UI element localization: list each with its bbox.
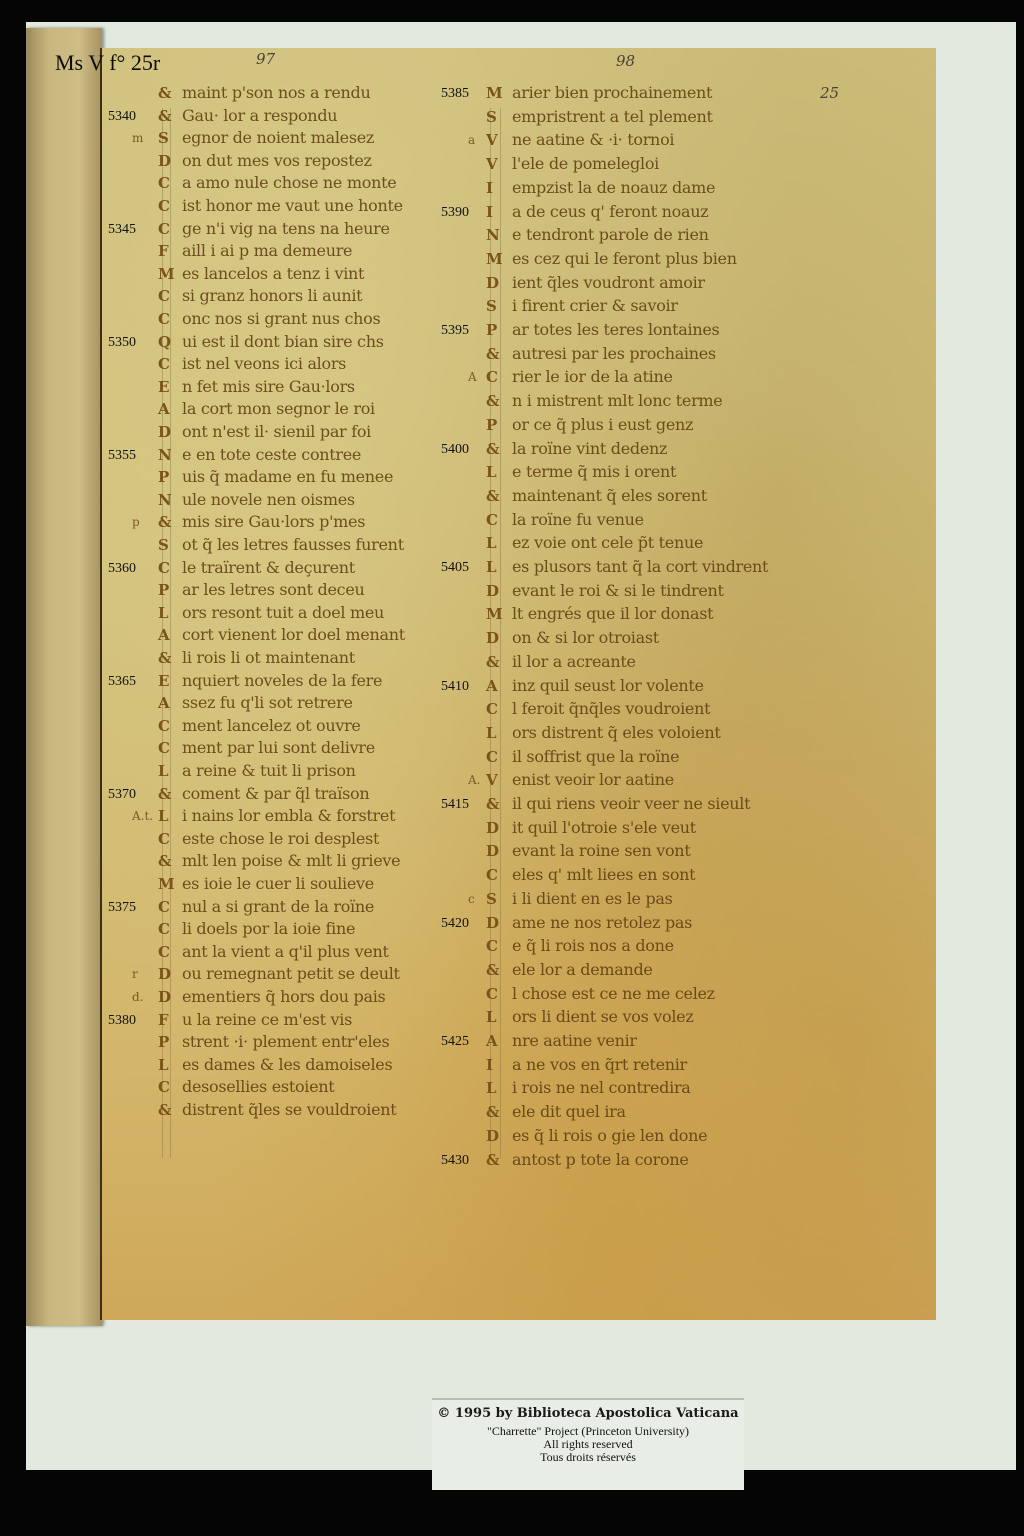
verse-text: ont n'est il· sienil par foi (182, 422, 371, 441)
verse-initial: S (486, 108, 497, 126)
verse-text: ist honor me vaut une honte (182, 196, 403, 215)
verse-initial: S (158, 129, 169, 147)
verse-initial: C (486, 700, 498, 718)
verse-initial: M (158, 265, 175, 283)
margin-note: p (132, 515, 140, 529)
verse-text: l feroit q̃nq̃les voudroient (512, 699, 710, 718)
verse-text: ui est il dont bian sire chs (182, 332, 384, 351)
verse-initial: & (486, 440, 500, 458)
verse-text: ors distrent q̃ eles voloient (512, 723, 721, 742)
verse-text: l'ele de pomelegloi (512, 154, 659, 173)
verse-initial: V (486, 155, 498, 173)
verse-text: strent ·i· plement entr'eles (182, 1032, 389, 1051)
verse-text: es plusors tant q̃ la cort vindrent (512, 557, 768, 576)
verse-text: empristrent a tel plement (512, 107, 713, 126)
verse-initial: S (486, 297, 497, 315)
verse-initial: C (158, 287, 170, 305)
verse-text: ne aatine & ·i· tornoi (512, 130, 674, 149)
verse-initial: P (158, 1033, 169, 1051)
folio-number-left: 97 (256, 50, 275, 68)
verse-text: mlt len poise & mlt li grieve (182, 851, 400, 870)
line-number: 5380 (108, 1013, 136, 1029)
verse-initial: D (486, 582, 499, 600)
verse-initial: C (158, 310, 170, 328)
verse-initial: C (158, 920, 170, 938)
verse-text: on dut mes vos repostez (182, 151, 372, 170)
verse-initial: N (486, 226, 500, 244)
verse-text: ist nel veons ici alors (182, 354, 346, 373)
verse-initial: D (486, 274, 499, 292)
margin-note: A.t. (132, 809, 153, 823)
verse-text: il qui riens veoir veer ne sieult (512, 794, 750, 813)
verse-initial: C (158, 943, 170, 961)
verse-initial: I (486, 203, 493, 221)
verse-initial: M (158, 875, 175, 893)
line-number: 5390 (441, 205, 469, 221)
verse-text: es ioie le cuer li soulieve (182, 874, 374, 893)
line-number: 5375 (108, 900, 136, 916)
verse-text: ge n'i vig na tens na heure (182, 219, 390, 238)
line-number: 5355 (108, 448, 136, 464)
verse-initial: C (158, 830, 170, 848)
verse-initial: C (158, 1078, 170, 1096)
verse-text: antost p tote la corone (512, 1150, 689, 1169)
verse-text: ou remegnant petit se deult (182, 964, 400, 983)
verse-text: on & si lor otroiast (512, 628, 659, 647)
verse-text: l chose est ce ne me celez (512, 984, 715, 1003)
verse-initial: & (486, 392, 500, 410)
verse-initial: & (486, 1151, 500, 1169)
verse-initial: I (486, 179, 493, 197)
verse-text: ar les letres sont deceu (182, 580, 365, 599)
verse-initial: & (158, 852, 172, 870)
verse-initial: C (158, 174, 170, 192)
verse-initial: L (158, 762, 169, 780)
verse-initial: P (158, 468, 169, 486)
verse-text: or ce q̃ plus i eust genz (512, 415, 693, 434)
verse-initial: & (158, 649, 172, 667)
folio-number-right: 98 (616, 52, 635, 70)
verse-text: e q̃ li rois nos a done (512, 936, 674, 955)
verse-initial: & (158, 785, 172, 803)
verse-initial: & (486, 345, 500, 363)
verse-initial: L (486, 724, 497, 742)
verse-text: distrent q̃les se vouldroient (182, 1100, 396, 1119)
verse-text: nul a si grant de la roïne (182, 897, 374, 916)
verse-text: onc nos si grant nus chos (182, 309, 380, 328)
verse-text: es dames & les damoiseles (182, 1055, 392, 1074)
margin-note: A. (468, 773, 480, 787)
verse-text: Gau· lor a respondu (182, 106, 337, 125)
verse-initial: L (486, 558, 497, 576)
line-number: 5340 (108, 109, 136, 125)
verse-initial: & (486, 961, 500, 979)
verse-text: ssez fu q'li sot retrere (182, 693, 353, 712)
verse-text: li rois li ot maintenant (182, 648, 355, 667)
verse-text: la roïne vint dedenz (512, 439, 667, 458)
verse-initial: & (158, 107, 172, 125)
verse-initial: C (486, 985, 498, 1003)
verse-text: ient q̃les voudront amoir (512, 273, 705, 292)
verse-initial: D (486, 629, 499, 647)
verse-text: ementiers q̃ hors dou pais (182, 987, 385, 1006)
verse-text: ors li dient se vos volez (512, 1007, 693, 1026)
verse-initial: L (158, 604, 169, 622)
verse-text: si granz honors li aunit (182, 286, 362, 305)
verse-text: nquiert noveles de la fere (182, 671, 382, 690)
verse-initial: M (486, 84, 503, 102)
verse-text: ele lor a demande (512, 960, 653, 979)
verse-text: ez voie ont cele p̃t tenue (512, 533, 703, 552)
margin-note: a (468, 133, 475, 147)
verse-initial: C (486, 937, 498, 955)
verse-text: ant la vient a q'il plus vent (182, 942, 389, 961)
verse-text: desosellies estoient (182, 1077, 334, 1096)
line-number: 5370 (108, 787, 136, 803)
verse-text: autresi par les prochaines (512, 344, 716, 363)
verse-text: inz quil seust lor volente (512, 676, 704, 695)
verse-initial: A (158, 694, 170, 712)
line-number: 5395 (441, 323, 469, 339)
verse-text: li doels por la ioie fine (182, 919, 355, 938)
verse-initial: L (486, 1008, 497, 1026)
verse-text: lt engrés que il lor donast (512, 604, 713, 623)
verse-text: i firent crier & savoir (512, 296, 678, 315)
verse-text: aill i ai p ma demeure (182, 241, 352, 260)
verse-text: arier bien prochainement (512, 83, 712, 102)
verse-initial: F (158, 242, 169, 260)
verse-initial: & (486, 795, 500, 813)
verse-initial: A (158, 626, 170, 644)
line-number: 5415 (441, 797, 469, 813)
verse-text: e terme q̃ mis i orent (512, 462, 676, 481)
verse-initial: C (158, 355, 170, 373)
verse-text: il lor a acreante (512, 652, 636, 671)
verse-initial: D (158, 965, 171, 983)
verse-initial: C (486, 748, 498, 766)
verse-initial: D (486, 1127, 499, 1145)
copyright-rights-fr: Tous droits réservés (432, 1451, 744, 1464)
line-number: 5430 (441, 1153, 469, 1169)
verse-text: este chose le roi desplest (182, 829, 379, 848)
verse-initial: & (486, 653, 500, 671)
verse-text: ot q̃ les letres fausses furent (182, 535, 404, 554)
verse-text: u la reine ce m'est vis (182, 1010, 352, 1029)
line-number: 5400 (441, 442, 469, 458)
folio-number-corner: 25 (820, 84, 839, 102)
verse-initial: Q (158, 333, 171, 351)
verse-text: ment lancelez ot ouvre (182, 716, 361, 735)
verse-text: a de ceus q' feront noauz (512, 202, 708, 221)
verse-initial: P (158, 581, 169, 599)
verse-text: coment & par q̃l traïson (182, 784, 369, 803)
verse-initial: C (158, 197, 170, 215)
verse-initial: D (486, 914, 499, 932)
verse-initial: A (158, 400, 170, 418)
margin-note: m (132, 131, 143, 145)
verse-initial: L (158, 807, 169, 825)
verse-initial: C (486, 511, 498, 529)
verse-text: ment par lui sont delivre (182, 738, 375, 757)
line-number: 5425 (441, 1034, 469, 1050)
verse-text: evant la roine sen vont (512, 841, 690, 860)
verse-text: rier le ior de la atine (512, 367, 673, 386)
verse-text: i li dient en es le pas (512, 889, 673, 908)
verse-initial: P (486, 321, 497, 339)
verse-initial: C (158, 898, 170, 916)
line-number: 5420 (441, 916, 469, 932)
verse-text: eles q' mlt liees en sont (512, 865, 695, 884)
verse-text: ule novele nen oismes (182, 490, 355, 509)
verse-text: enist veoir lor aatine (512, 770, 674, 789)
verse-initial: D (486, 819, 499, 837)
verse-initial: L (486, 534, 497, 552)
verse-text: n i mistrent mlt lonc terme (512, 391, 722, 410)
verse-text: egnor de noient malesez (182, 128, 374, 147)
verse-initial: F (158, 1011, 169, 1029)
verse-text: a ne vos en q̃rt retenir (512, 1055, 687, 1074)
verse-initial: & (158, 513, 172, 531)
verse-text: es cez qui le feront plus bien (512, 249, 737, 268)
verse-text: nre aatine venir (512, 1031, 637, 1050)
verse-initial: S (158, 536, 169, 554)
verse-initial: C (158, 739, 170, 757)
verse-text: ele dit quel ira (512, 1102, 626, 1121)
verse-initial: N (158, 491, 172, 509)
verse-initial: A (486, 1032, 498, 1050)
verse-initial: A (486, 677, 498, 695)
verse-initial: E (158, 378, 169, 396)
previous-leaf-fold (26, 28, 102, 1326)
folio-label: Ms V f° 25r (55, 50, 160, 76)
verse-text: cort vienent lor doel menant (182, 625, 405, 644)
verse-initial: & (158, 1101, 172, 1119)
verse-text: a reine & tuit li prison (182, 761, 356, 780)
verse-text: la roïne fu venue (512, 510, 644, 529)
verse-text: ar totes les teres lontaines (512, 320, 719, 339)
verse-initial: L (486, 1079, 497, 1097)
verse-initial: D (158, 988, 171, 1006)
verse-text: uis q̃ madame en fu menee (182, 467, 393, 486)
copyright-label: © 1995 by Biblioteca Apostolica Vaticana… (432, 1398, 744, 1490)
verse-initial: C (486, 368, 498, 386)
copyright-main: © 1995 by Biblioteca Apostolica Vaticana (432, 1406, 744, 1421)
verse-text: ame ne nos retolez pas (512, 913, 692, 932)
verse-text: il soffrist que la roïne (512, 747, 679, 766)
margin-note: A (468, 370, 477, 384)
verse-initial: & (486, 1103, 500, 1121)
verse-text: la cort mon segnor le roi (182, 399, 375, 418)
verse-initial: D (486, 842, 499, 860)
line-number: 5365 (108, 674, 136, 690)
verse-text: e en tote ceste contree (182, 445, 361, 464)
verse-initial: C (486, 866, 498, 884)
verse-initial: C (158, 717, 170, 735)
margin-note: d. (132, 990, 144, 1004)
verse-text: es q̃ li rois o gie len done (512, 1126, 707, 1145)
verse-text: maintenant q̃ eles sorent (512, 486, 707, 505)
verse-initial: M (486, 605, 503, 623)
verse-text: maint p'son nos a rendu (182, 83, 370, 102)
verse-text: it quil l'otroie s'ele veut (512, 818, 696, 837)
verse-text: e tendront parole de rien (512, 225, 709, 244)
verse-initial: E (158, 672, 169, 690)
verse-initial: S (486, 890, 497, 908)
verse-initial: L (486, 463, 497, 481)
verse-initial: & (158, 84, 172, 102)
verse-initial: V (486, 771, 498, 789)
verse-text: evant le roi & si le tindrent (512, 581, 724, 600)
line-number: 5385 (441, 86, 469, 102)
verse-initial: & (486, 487, 500, 505)
verse-initial: N (158, 446, 172, 464)
line-number: 5345 (108, 222, 136, 238)
margin-note: r (132, 967, 138, 981)
verse-initial: C (158, 559, 170, 577)
verse-text: es lancelos a tenz i vint (182, 264, 364, 283)
verse-initial: D (158, 423, 171, 441)
verse-initial: L (158, 1056, 169, 1074)
verse-text: i rois ne nel contredira (512, 1078, 691, 1097)
verse-text: i nains lor embla & forstret (182, 806, 395, 825)
line-number: 5410 (441, 679, 469, 695)
verse-text: a amo nule chose ne monte (182, 173, 396, 192)
line-number: 5360 (108, 561, 136, 577)
verse-initial: V (486, 131, 498, 149)
line-number: 5405 (441, 560, 469, 576)
verse-text: empzist la de noauz dame (512, 178, 715, 197)
verse-initial: D (158, 152, 171, 170)
verse-initial: M (486, 250, 503, 268)
line-number: 5350 (108, 335, 136, 351)
verse-initial: I (486, 1056, 493, 1074)
verse-text: le traïrent & deçurent (182, 558, 355, 577)
verse-initial: P (486, 416, 497, 434)
verse-initial: C (158, 220, 170, 238)
verse-text: mis sire Gau·lors p'mes (182, 512, 365, 531)
verse-text: n fet mis sire Gau·lors (182, 377, 355, 396)
verse-text: ors resont tuit a doel meu (182, 603, 384, 622)
margin-note: c (468, 892, 475, 906)
